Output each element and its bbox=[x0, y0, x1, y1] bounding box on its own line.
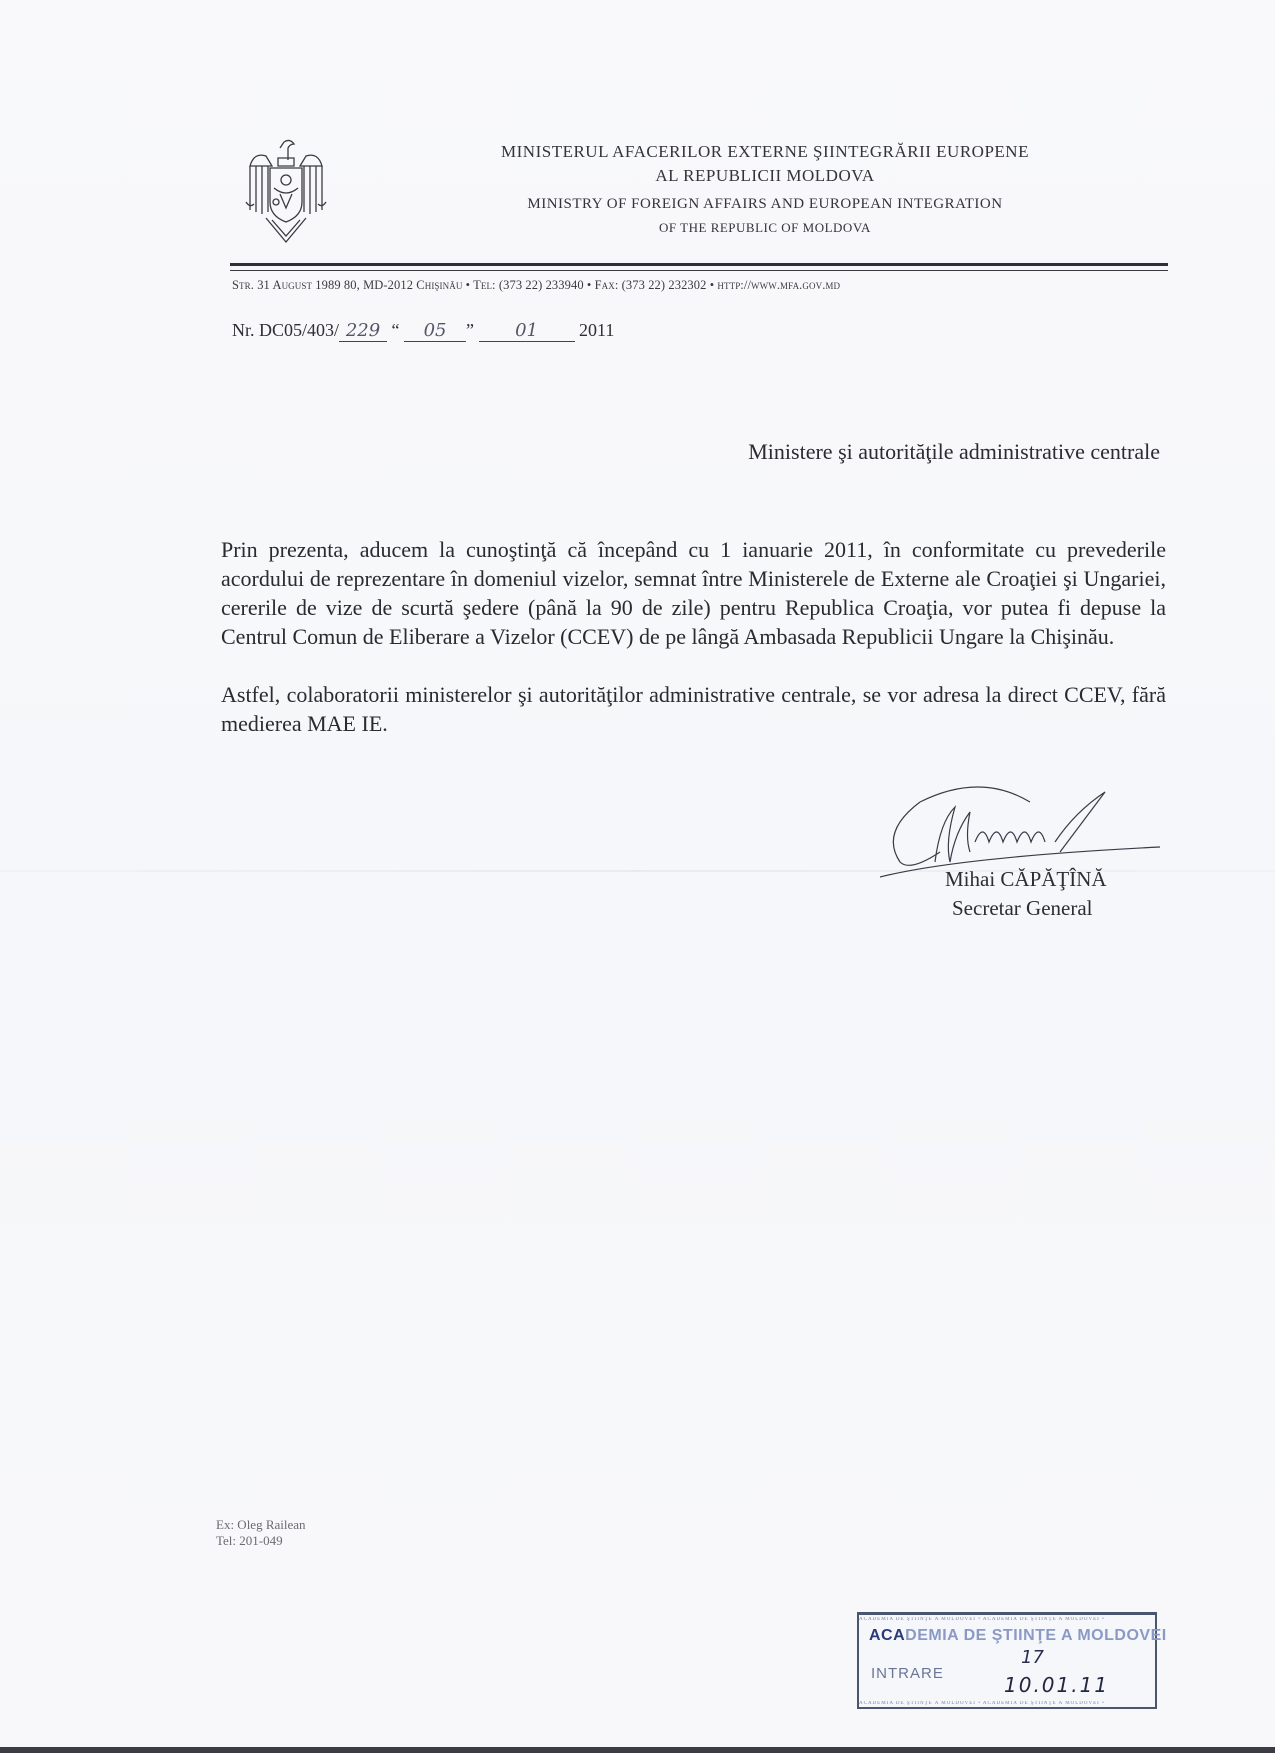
stamp-label: INTRARE bbox=[871, 1665, 944, 1682]
reg-prefix: Nr. DC05/403/ bbox=[232, 320, 339, 340]
scan-bottom-edge bbox=[0, 1747, 1275, 1753]
stamp-entry-date: 10.01.11 bbox=[1004, 1673, 1109, 1697]
moldova-coat-of-arms-icon bbox=[244, 136, 328, 246]
ministry-country-ro: AL REPUBLICII MOLDOVA bbox=[380, 164, 1150, 188]
stamp-band-bottom: ACADEMIA DE ŞTIINŢE A MOLDOVEI • ACADEMI… bbox=[859, 1701, 1155, 1705]
ministry-name-en: MINISTRY OF FOREIGN AFFAIRS AND EUROPEAN… bbox=[380, 192, 1150, 216]
executor-name: Ex: Oleg Railean bbox=[216, 1517, 306, 1533]
body-paragraph-2: Astfel, colaboratorii ministerelor şi au… bbox=[221, 680, 1166, 738]
stamp-org-rest: DEMIA DE ŞTIINŢE A MOLDOVEI bbox=[905, 1627, 1167, 1644]
close-quote: ” bbox=[466, 320, 474, 340]
stamp-entry-number: 17 bbox=[1021, 1647, 1044, 1668]
reg-handwritten-number: 229 bbox=[339, 320, 387, 342]
ministry-name-ro: MINISTERUL AFACERILOR EXTERNE ŞIINTEGRĂR… bbox=[380, 140, 1150, 164]
stamp-organization: ACADEMIA DE ŞTIINŢE A MOLDOVEI bbox=[869, 1627, 1167, 1645]
open-quote: “ bbox=[392, 320, 400, 340]
letterhead-divider-thin bbox=[230, 270, 1168, 271]
registration-number: Nr. DC05/403/229 “ 05” 01 2011 bbox=[232, 320, 614, 342]
stamp-org-strong: ACA bbox=[869, 1627, 905, 1644]
recipient-line: Ministere şi autorităţile administrative… bbox=[748, 439, 1160, 465]
contacts-text: Str. 31 August 1989 80, MD-2012 Chişinău… bbox=[232, 278, 840, 292]
reg-month: 01 bbox=[479, 320, 575, 342]
incoming-registration-stamp: ACADEMIA DE ŞTIINŢE A MOLDOVEI • ACADEMI… bbox=[857, 1612, 1157, 1709]
letterhead-divider-thick bbox=[230, 263, 1168, 266]
letterhead-title: MINISTERUL AFACERILOR EXTERNE ŞIINTEGRĂR… bbox=[380, 140, 1150, 240]
ministry-country-en: OF THE REPUBLIC OF MOLDOVA bbox=[380, 216, 1150, 240]
body-paragraph-1: Prin prezenta, aducem la cunoştinţă că î… bbox=[221, 535, 1166, 651]
stamp-band-top: ACADEMIA DE ŞTIINŢE A MOLDOVEI • ACADEMI… bbox=[859, 1617, 1155, 1621]
executor-info: Ex: Oleg Railean Tel: 201-049 bbox=[216, 1517, 306, 1549]
letterhead-contacts: Str. 31 August 1989 80, MD-2012 Chişinău… bbox=[232, 278, 1168, 293]
reg-day: 05 bbox=[404, 320, 466, 342]
executor-phone: Tel: 201-049 bbox=[216, 1533, 306, 1549]
scanned-letter-page: MINISTERUL AFACERILOR EXTERNE ŞIINTEGRĂR… bbox=[0, 0, 1275, 1753]
signatory-title: Secretar General bbox=[952, 896, 1093, 921]
signatory-name: Mihai CĂPĂŢÎNĂ bbox=[945, 867, 1107, 892]
reg-year: 2011 bbox=[579, 320, 614, 340]
letter-body: Prin prezenta, aducem la cunoştinţă că î… bbox=[221, 535, 1166, 767]
